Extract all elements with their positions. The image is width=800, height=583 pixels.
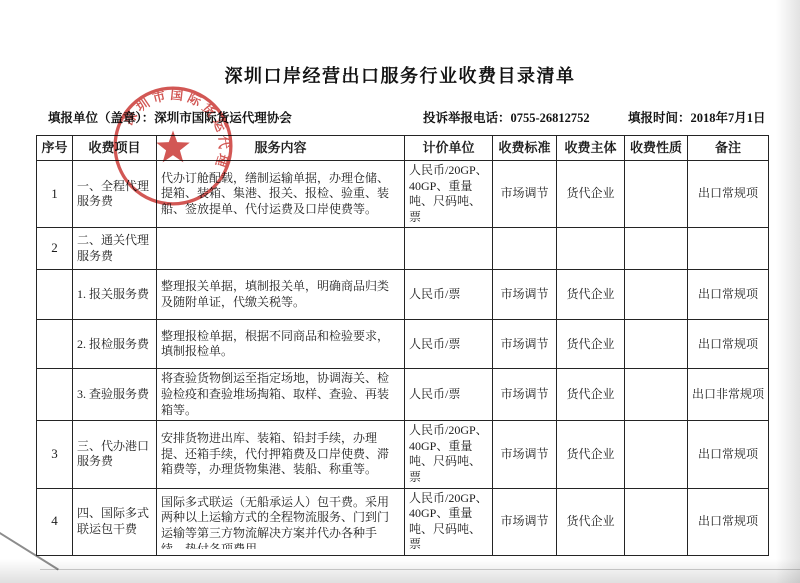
cell-nature (625, 421, 688, 488)
table-row: 2. 报检服务费整理报检单据，根据不同商品和检验要求，填制报检单。人民币/票市场… (37, 320, 769, 369)
cell-item: 三、代办港口服务费 (73, 421, 157, 488)
cell-subject: 货代企业 (557, 161, 625, 228)
meta-line: 填报单位（盖章）：深圳市国际货运代理协会 投诉举报电话：0755-2681275… (0, 108, 800, 130)
cell-standard: 市场调节 (493, 488, 557, 555)
cell-unit: 人民币/20GP、40GP、重量吨、尺码吨、票 (405, 421, 493, 488)
cell-no (37, 270, 73, 320)
scan-shadow-bottom (0, 559, 800, 583)
phone-value: 0755-26812752 (511, 111, 590, 125)
cell-content: 整理报关单据，填制报关单，明确商品归类及随附单证，代缴关税等。 (157, 270, 405, 320)
cell-remark: 出口常规项 (688, 161, 769, 228)
cell-subject (557, 228, 625, 270)
cell-content (157, 228, 405, 270)
fill-unit: 填报单位（盖章）：深圳市国际货运代理协会 (48, 108, 292, 126)
fill-unit-label: 填报单位（盖章）： (48, 111, 154, 125)
cell-unit (405, 228, 493, 270)
column-header-2: 服务内容 (157, 136, 405, 161)
cell-nature (625, 161, 688, 228)
cell-standard: 市场调节 (493, 421, 557, 488)
cell-content: 安排货物进出库、装箱、铅封手续，办理提、还箱手续，代付押箱费及口岸使费、滞箱费等… (157, 421, 405, 488)
cell-subject: 货代企业 (557, 369, 625, 421)
cell-remark: 出口常规项 (688, 421, 769, 488)
cell-subject: 货代企业 (557, 488, 625, 555)
cell-remark: 出口非常规项 (688, 369, 769, 421)
table-row: 3. 查验服务费将查验货物倒运至指定场地，协调海关、检验检疫和查验堆场掏箱、取样… (37, 369, 769, 421)
column-header-6: 收费性质 (625, 136, 688, 161)
document-page: 深圳口岸经营出口服务行业收费目录清单 填报单位（盖章）：深圳市国际货运代理协会 … (0, 0, 800, 583)
cell-subject: 货代企业 (557, 421, 625, 488)
scan-page-edge-line (40, 569, 800, 570)
cell-nature (625, 369, 688, 421)
cell-no: 4 (37, 488, 73, 555)
cell-content: 整理报检单据，根据不同商品和检验要求，填制报检单。 (157, 320, 405, 369)
cell-content: 将查验货物倒运至指定场地，协调海关、检验检疫和查验堆场掏箱、取样、查验、再装箱等… (157, 369, 405, 421)
cell-standard (493, 228, 557, 270)
cell-item: 一、全程代理服务费 (73, 161, 157, 228)
cell-no: 3 (37, 421, 73, 488)
column-header-5: 收费主体 (557, 136, 625, 161)
cell-standard: 市场调节 (493, 369, 557, 421)
table-header-row: 序号收费项目服务内容计价单位收费标准收费主体收费性质备注 (37, 136, 769, 161)
cell-unit: 人民币/票 (405, 320, 493, 369)
cell-no: 2 (37, 228, 73, 270)
cell-unit: 人民币/20GP、40GP、重量吨、尺码吨、票 (405, 161, 493, 228)
cell-nature (625, 488, 688, 555)
cell-item: 四、国际多式联运包干费 (73, 488, 157, 555)
cell-no (37, 320, 73, 369)
table-row: 1一、全程代理服务费代办订舱配载，缮制运输单据，办理仓储、提箱、装箱、集港、报关… (37, 161, 769, 228)
column-header-7: 备注 (688, 136, 769, 161)
fill-date: 填报时间：2018年7月1日 (628, 108, 766, 126)
cell-standard: 市场调节 (493, 270, 557, 320)
date-label: 填报时间： (628, 111, 691, 125)
cell-remark (688, 228, 769, 270)
table-row: 4四、国际多式联运包干费国际多式联运（无船承运人）包干费。采用两种以上运输方式的… (37, 488, 769, 555)
scan-shadow-right (776, 0, 800, 583)
page-title: 深圳口岸经营出口服务行业收费目录清单 (0, 62, 800, 88)
column-header-0: 序号 (37, 136, 73, 161)
fee-table: 序号收费项目服务内容计价单位收费标准收费主体收费性质备注 1一、全程代理服务费代… (36, 135, 769, 556)
complaint-phone: 投诉举报电话：0755-26812752 (423, 108, 590, 126)
cell-remark: 出口常规项 (688, 488, 769, 555)
table-row: 1. 报关服务费整理报关单据，填制报关单，明确商品归类及随附单证，代缴关税等。人… (37, 270, 769, 320)
date-value: 2018年7月1日 (691, 111, 766, 125)
cell-content: 国际多式联运（无船承运人）包干费。采用两种以上运输方式的全程物流服务、门到门运输… (157, 488, 405, 555)
cell-unit: 人民币/20GP、40GP、重量吨、尺码吨、票 (405, 488, 493, 555)
cell-item: 2. 报检服务费 (73, 320, 157, 369)
cell-subject: 货代企业 (557, 320, 625, 369)
cell-remark: 出口常规项 (688, 320, 769, 369)
column-header-4: 收费标准 (493, 136, 557, 161)
column-header-1: 收费项目 (73, 136, 157, 161)
table-row: 3三、代办港口服务费安排货物进出库、装箱、铅封手续，办理提、还箱手续，代付押箱费… (37, 421, 769, 488)
cell-standard: 市场调节 (493, 320, 557, 369)
cell-unit: 人民币/票 (405, 369, 493, 421)
cell-nature (625, 270, 688, 320)
cell-item: 1. 报关服务费 (73, 270, 157, 320)
cell-content: 代办订舱配载，缮制运输单据，办理仓储、提箱、装箱、集港、报关、报检、验重、装船、… (157, 161, 405, 228)
cell-remark: 出口常规项 (688, 270, 769, 320)
cell-subject: 货代企业 (557, 270, 625, 320)
cell-item: 二、通关代理服务费 (73, 228, 157, 270)
cell-item: 3. 查验服务费 (73, 369, 157, 421)
cell-unit: 人民币/票 (405, 270, 493, 320)
cell-standard: 市场调节 (493, 161, 557, 228)
cell-nature (625, 228, 688, 270)
fill-unit-value: 深圳市国际货运代理协会 (154, 111, 292, 125)
cell-nature (625, 320, 688, 369)
cell-no (37, 369, 73, 421)
phone-label: 投诉举报电话： (423, 111, 511, 125)
cell-no: 1 (37, 161, 73, 228)
table-row: 2二、通关代理服务费 (37, 228, 769, 270)
column-header-3: 计价单位 (405, 136, 493, 161)
